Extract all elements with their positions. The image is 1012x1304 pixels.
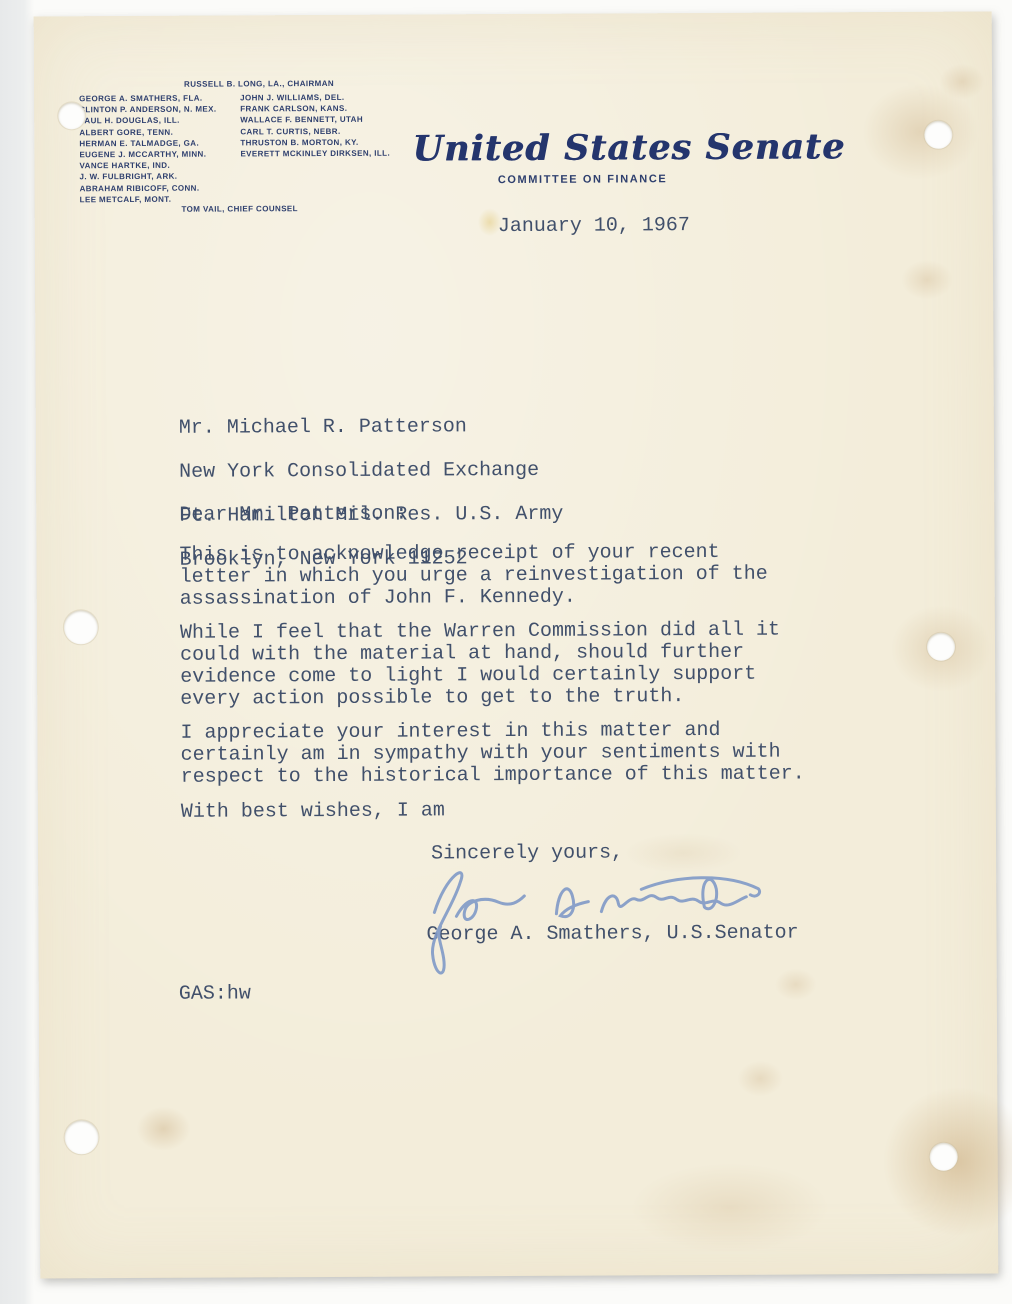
- letterhead-chairman: RUSSELL B. LONG, LA., CHAIRMAN: [79, 77, 439, 90]
- letterhead-members-right: JOHN J. WILLIAMS, DEL. FRANK CARLSON, KA…: [240, 92, 390, 160]
- member-name: PAUL H. DOUGLAS, ILL.: [79, 115, 216, 127]
- typist-initials: GAS:hw: [179, 983, 251, 1005]
- member-name: WALLACE F. BENNETT, UTAH: [240, 114, 390, 126]
- member-name: FRANK CARLSON, KANS.: [240, 103, 390, 115]
- letterhead-members-left: GEORGE A. SMATHERS, FLA. CLINTON P. ANDE…: [79, 93, 217, 206]
- salutation: Dear Mr. Patterson:: [179, 504, 407, 527]
- member-name: ALBERT GORE, TENN.: [79, 126, 216, 138]
- member-name: EVERETT MCKINLEY DIRKSEN, ILL.: [240, 148, 390, 160]
- member-name: JOHN J. WILLIAMS, DEL.: [240, 92, 390, 104]
- letter-date: January 10, 1967: [498, 215, 690, 238]
- handwritten-signature: [406, 855, 767, 997]
- punch-hole-mid-right: [927, 633, 955, 661]
- member-name: EUGENE J. MCCARTHY, MINN.: [79, 149, 216, 161]
- member-name: VANCE HARTKE, IND.: [79, 160, 216, 172]
- body-paragraph-3: I appreciate your interest in this matte…: [180, 719, 804, 788]
- member-name: CARL T. CURTIS, NEBR.: [240, 125, 390, 137]
- member-name: HERMAN E. TALMADGE, GA.: [79, 137, 216, 149]
- member-name: CLINTON P. ANDERSON, N. MEX.: [79, 104, 216, 116]
- body-paragraph-2: While I feel that the Warren Commission …: [180, 620, 781, 711]
- punch-hole-mid-left: [64, 610, 98, 644]
- recipient-org: New York Consolidated Exchange: [179, 460, 563, 484]
- letterhead-committee: COMMITTEE ON FINANCE: [413, 173, 753, 187]
- punch-hole-bottom-right: [930, 1143, 958, 1171]
- punch-hole-bottom-left: [64, 1120, 98, 1154]
- letterhead-org-title: United States Senate: [412, 127, 756, 170]
- member-name: THRUSTON B. MORTON, KY.: [240, 136, 390, 148]
- recipient-name: Mr. Michael R. Patterson: [179, 416, 563, 440]
- punch-hole-top-left: [58, 102, 85, 129]
- member-name: ABRAHAM RIBICOFF, CONN.: [80, 182, 217, 194]
- member-name: J. W. FULBRIGHT, ARK.: [80, 171, 217, 183]
- body-paragraph-1: This is to acknowledge receipt of your r…: [179, 542, 767, 611]
- closing-line: With best wishes, I am: [181, 800, 445, 823]
- letter-page: RUSSELL B. LONG, LA., CHAIRMAN GEORGE A.…: [34, 12, 999, 1279]
- letterhead-chief-counsel: TOM VAIL, CHIEF COUNSEL: [80, 203, 400, 216]
- punch-hole-top-right: [924, 121, 952, 149]
- scanner-background-strip: [0, 0, 34, 1304]
- member-name: GEORGE A. SMATHERS, FLA.: [79, 93, 216, 105]
